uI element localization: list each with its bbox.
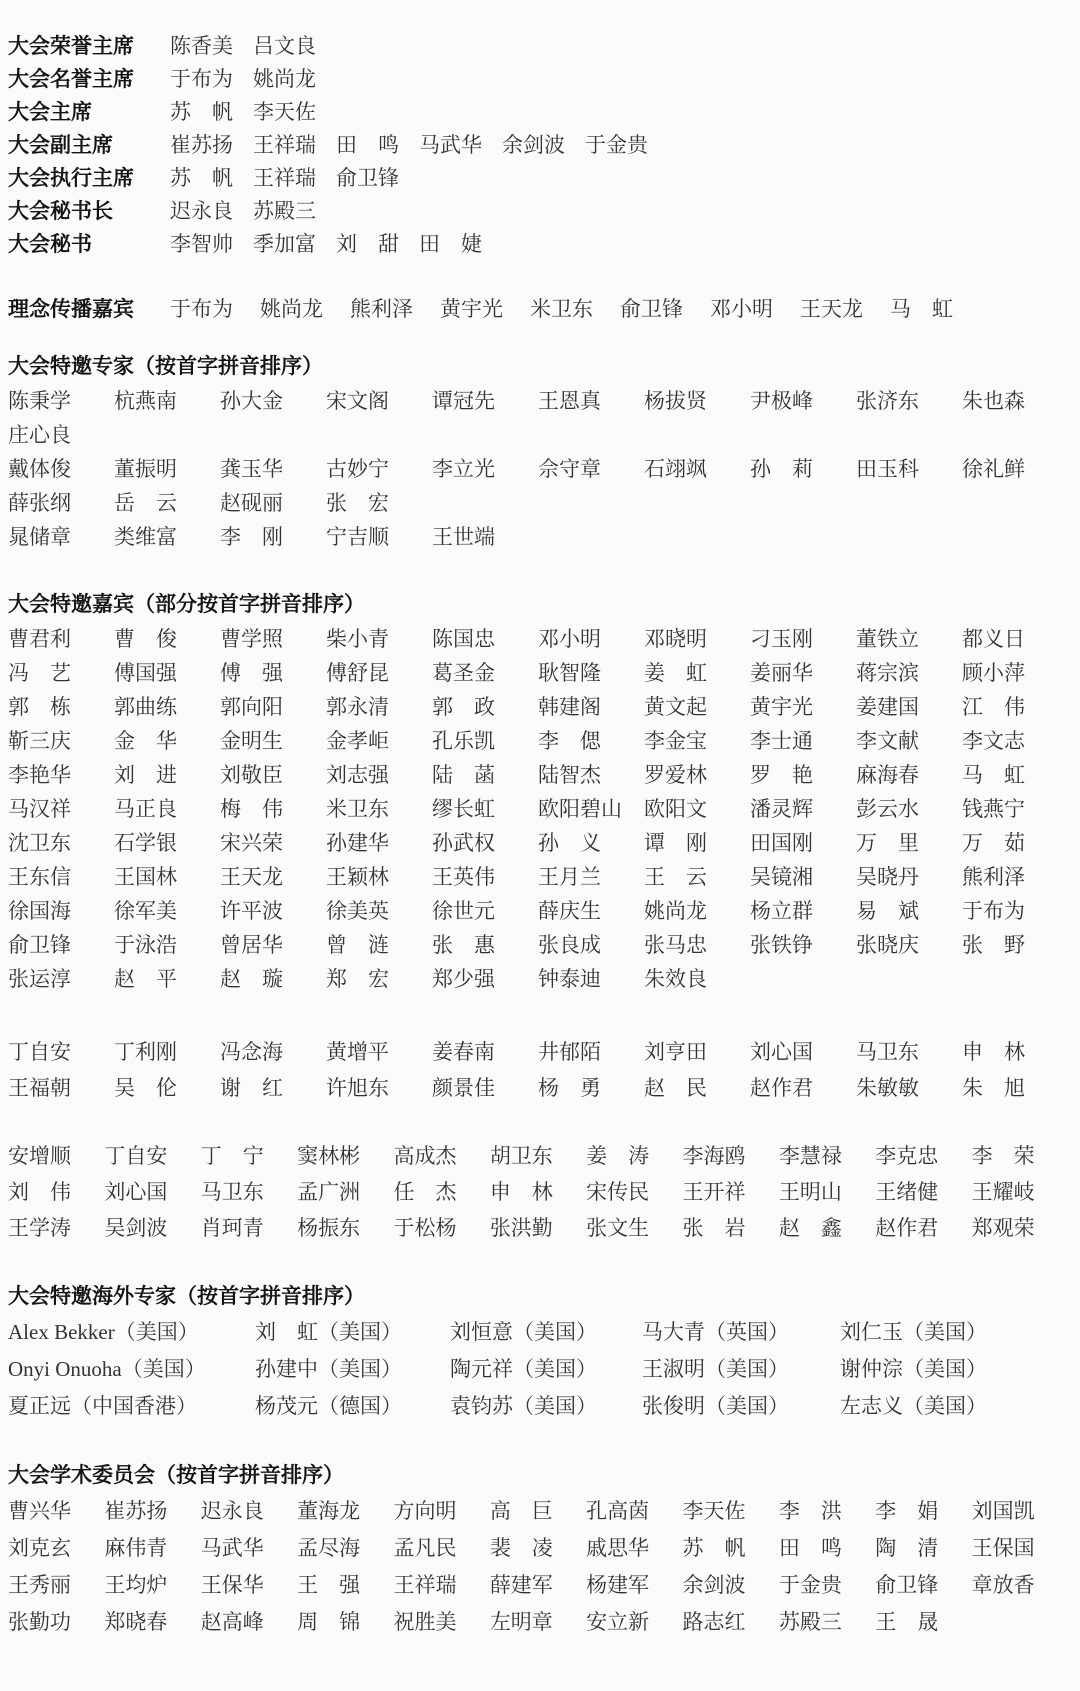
person-name: 龚玉华 bbox=[220, 452, 326, 486]
label-row: 大会荣誉主席陈香美吕文良 bbox=[8, 30, 1068, 63]
person-name: 王学涛 bbox=[8, 1210, 104, 1246]
person-name: 高成杰 bbox=[393, 1138, 489, 1174]
person-name: 左志义（美国） bbox=[840, 1388, 1068, 1425]
person-name: 孙 莉 bbox=[750, 452, 856, 486]
name-row: 张运淳赵 平赵 璇郑 宏郑少强钟泰迪朱效良 bbox=[8, 962, 1068, 996]
person-name: 佘守章 bbox=[538, 452, 644, 486]
person-name: Onyi Onuoha（美国） bbox=[8, 1351, 255, 1388]
person-name: 孙武权 bbox=[432, 826, 538, 860]
person-name: 姜 涛 bbox=[586, 1138, 682, 1174]
person-name: 马卫东 bbox=[201, 1174, 297, 1210]
person-name: 王保国 bbox=[972, 1530, 1068, 1567]
person-name: 孟凡民 bbox=[393, 1530, 489, 1567]
person-name: 万 里 bbox=[856, 826, 962, 860]
person-name: 王淑明（美国） bbox=[642, 1351, 840, 1388]
person-name: 张 岩 bbox=[683, 1210, 779, 1246]
person-name: 王祥瑞 bbox=[253, 162, 316, 195]
person-name: 刘 虹（美国） bbox=[255, 1314, 450, 1351]
person-name: 左明章 bbox=[490, 1604, 586, 1641]
person-name: 董海龙 bbox=[297, 1493, 393, 1530]
person-name: 吕文良 bbox=[253, 30, 316, 63]
label-row: 大会秘书长迟永良苏殿三 bbox=[8, 195, 1068, 228]
label-row: 理念传播嘉宾于布为姚尚龙熊利泽黄宇光米卫东俞卫锋邓小明王天龙马 虹 bbox=[8, 293, 1068, 326]
name-row: 王秀丽王均炉王保华王 强王祥瑞薛建军杨建军余剑波于金贵俞卫锋章放香 bbox=[8, 1567, 1068, 1604]
person-name: 曹君利 bbox=[8, 622, 114, 656]
person-name: 于金贵 bbox=[779, 1567, 875, 1604]
person-name: 宋兴荣 bbox=[220, 826, 326, 860]
person-name: 田 婕 bbox=[419, 228, 482, 261]
person-name: 任 杰 bbox=[393, 1174, 489, 1210]
person-name: 石学银 bbox=[114, 826, 220, 860]
person-name: 曹兴华 bbox=[8, 1493, 104, 1530]
person-name: 麻海春 bbox=[856, 758, 962, 792]
person-name: 许旭东 bbox=[326, 1070, 432, 1106]
person-name: 赵作君 bbox=[750, 1070, 856, 1106]
person-name: 李 偲 bbox=[538, 724, 644, 758]
person-name: 王绪健 bbox=[875, 1174, 971, 1210]
person-name: 张晓庆 bbox=[856, 928, 962, 962]
person-name: 姜丽华 bbox=[750, 656, 856, 690]
invited-guests-block-c: 安增顺丁自安丁 宁窦林彬高成杰胡卫东姜 涛李海鸥李慧禄李克忠李 荣刘 伟刘心国马… bbox=[8, 1138, 1068, 1246]
person-name: 赵作君 bbox=[875, 1210, 971, 1246]
person-name: 李慧禄 bbox=[779, 1138, 875, 1174]
person-name: 崔苏扬 bbox=[104, 1493, 200, 1530]
person-name: 赵砚丽 bbox=[220, 486, 326, 520]
person-name: 徐美英 bbox=[326, 894, 432, 928]
person-name: 丁自安 bbox=[8, 1034, 114, 1070]
person-name: 杭燕南 bbox=[114, 384, 220, 418]
invited-experts-grid: 陈秉学杭燕南孙大金宋文阁谭冠先王恩真杨拔贤尹极峰张济东朱也森庄心良戴体俊董振明龚… bbox=[8, 384, 1068, 554]
committee-document: 大会荣誉主席陈香美吕文良大会名誉主席于布为姚尚龙大会主席苏 帆李天佐大会副主席崔… bbox=[0, 0, 1080, 1641]
name-row: 陈秉学杭燕南孙大金宋文阁谭冠先王恩真杨拔贤尹极峰张济东朱也森 bbox=[8, 384, 1068, 418]
person-name: 李文志 bbox=[962, 724, 1068, 758]
person-name: 赵高峰 bbox=[201, 1604, 297, 1641]
person-name: 朱也森 bbox=[962, 384, 1068, 418]
person-name: 王国林 bbox=[114, 860, 220, 894]
person-name: 陶元祥（美国） bbox=[450, 1351, 642, 1388]
person-name: 裴 凌 bbox=[490, 1530, 586, 1567]
person-name: 姜春南 bbox=[432, 1034, 538, 1070]
row-names: 苏 帆李天佐 bbox=[170, 96, 316, 129]
person-name: 申 林 bbox=[962, 1034, 1068, 1070]
person-name: 王 晟 bbox=[875, 1604, 971, 1641]
person-name: 刘心国 bbox=[104, 1174, 200, 1210]
person-name: 薛张纲 bbox=[8, 486, 114, 520]
person-name: 李立光 bbox=[432, 452, 538, 486]
person-name: 罗 艳 bbox=[750, 758, 856, 792]
person-name: 周 锦 bbox=[297, 1604, 393, 1641]
person-name: 张马忠 bbox=[644, 928, 750, 962]
person-name: 邓晓明 bbox=[644, 622, 750, 656]
person-name: 苏 帆 bbox=[170, 96, 233, 129]
person-name: 王月兰 bbox=[538, 860, 644, 894]
overseas-experts-grid: Alex Bekker（美国）刘 虹（美国）刘恒意（美国）马大青（英国）刘仁玉（… bbox=[8, 1314, 1068, 1425]
person-name: 王保华 bbox=[201, 1567, 297, 1604]
person-name: 傅国强 bbox=[114, 656, 220, 690]
person-name: 类维富 bbox=[114, 520, 220, 554]
person-name: 张济东 bbox=[856, 384, 962, 418]
person-name: 袁钧苏（美国） bbox=[450, 1388, 642, 1425]
person-name: 姚尚龙 bbox=[253, 63, 316, 96]
person-name: 王恩真 bbox=[538, 384, 644, 418]
person-name: 肖珂青 bbox=[201, 1210, 297, 1246]
name-row: 刘 伟刘心国马卫东孟广洲任 杰申 林宋传民王开祥王明山王绪健王耀岐 bbox=[8, 1174, 1068, 1210]
person-name: 朱敏敏 bbox=[856, 1070, 962, 1106]
person-name: 金 华 bbox=[114, 724, 220, 758]
person-name: 李海鸥 bbox=[683, 1138, 779, 1174]
person-name: 李艳华 bbox=[8, 758, 114, 792]
name-row: 俞卫锋于泳浩曾居华曾 涟张 惠张良成张马忠张铁铮张晓庆张 野 bbox=[8, 928, 1068, 962]
person-name: 孟广洲 bbox=[297, 1174, 393, 1210]
person-name: 麻伟青 bbox=[104, 1530, 200, 1567]
person-name: 宋传民 bbox=[586, 1174, 682, 1210]
person-name: 苏殿三 bbox=[253, 195, 316, 228]
person-name: 谭冠先 bbox=[432, 384, 538, 418]
person-name: 钟泰迪 bbox=[538, 962, 644, 996]
person-name: 郭 栋 bbox=[8, 690, 114, 724]
person-name: 王明山 bbox=[779, 1174, 875, 1210]
person-name: 王颖林 bbox=[326, 860, 432, 894]
person-name: 郑少强 bbox=[432, 962, 538, 996]
person-name: 薛建军 bbox=[490, 1567, 586, 1604]
person-name: 安立新 bbox=[586, 1604, 682, 1641]
leadership-section: 大会荣誉主席陈香美吕文良大会名誉主席于布为姚尚龙大会主席苏 帆李天佐大会副主席崔… bbox=[8, 30, 1068, 261]
invited-guests-block-a: 曹君利曹 俊曹学照柴小青陈国忠邓小明邓晓明刁玉刚董铁立都义日冯 艺傅国强傅 强傅… bbox=[8, 622, 1068, 996]
name-row: 王学涛吴剑波肖珂青杨振东于松杨张洪勤张文生张 岩赵 鑫赵作君郑观荣 bbox=[8, 1210, 1068, 1246]
person-name: 窦林彬 bbox=[297, 1138, 393, 1174]
person-name: 田 鸣 bbox=[779, 1530, 875, 1567]
person-name: 刘国凯 bbox=[972, 1493, 1068, 1530]
person-name: 戴体俊 bbox=[8, 452, 114, 486]
name-row: 刘克玄麻伟青马武华孟尽海孟凡民裴 凌戚思华苏 帆田 鸣陶 清王保国 bbox=[8, 1530, 1068, 1567]
person-name: 张俊明（美国） bbox=[642, 1388, 840, 1425]
name-row: 郭 栋郭曲练郭向阳郭永清郭 政韩建阁黄文起黄宇光姜建国江 伟 bbox=[8, 690, 1068, 724]
person-name: 邓小明 bbox=[538, 622, 644, 656]
person-name: 李 洪 bbox=[779, 1493, 875, 1530]
person-name: 李天佐 bbox=[253, 96, 316, 129]
name-row: 曹君利曹 俊曹学照柴小青陈国忠邓小明邓晓明刁玉刚董铁立都义日 bbox=[8, 622, 1068, 656]
person-name: 丁利刚 bbox=[114, 1034, 220, 1070]
person-name: 庄心良 bbox=[8, 418, 114, 452]
person-name: 黄宇光 bbox=[750, 690, 856, 724]
person-name: 谭 刚 bbox=[644, 826, 750, 860]
name-row: 马汉祥马正良梅 伟米卫东缪长虹欧阳碧山欧阳文潘灵辉彭云水钱燕宁 bbox=[8, 792, 1068, 826]
person-name: 郭永清 bbox=[326, 690, 432, 724]
person-name: 俞卫锋 bbox=[620, 293, 683, 326]
person-name: 苏 帆 bbox=[170, 162, 233, 195]
person-name: 张铁铮 bbox=[750, 928, 856, 962]
person-name: 郑 宏 bbox=[326, 962, 432, 996]
person-name: 吴 伦 bbox=[114, 1070, 220, 1106]
person-name: 李 荣 bbox=[972, 1138, 1068, 1174]
person-name: 吴镜湘 bbox=[750, 860, 856, 894]
row-names: 于布为姚尚龙熊利泽黄宇光米卫东俞卫锋邓小明王天龙马 虹 bbox=[170, 293, 953, 326]
person-name: 迟永良 bbox=[201, 1493, 297, 1530]
person-name: 丁 宁 bbox=[201, 1138, 297, 1174]
person-name: 傅舒昆 bbox=[326, 656, 432, 690]
person-name: 陆智杰 bbox=[538, 758, 644, 792]
person-name: 李智帅 bbox=[170, 228, 233, 261]
person-name: 于松杨 bbox=[393, 1210, 489, 1246]
person-name: 张 惠 bbox=[432, 928, 538, 962]
person-name: 宁吉顺 bbox=[326, 520, 432, 554]
person-name: 陈国忠 bbox=[432, 622, 538, 656]
name-row: 靳三庆金 华金明生金孝岠孔乐凯李 偲李金宝李士通李文献李文志 bbox=[8, 724, 1068, 758]
person-name: 尹极峰 bbox=[750, 384, 856, 418]
person-name: 邓小明 bbox=[710, 293, 773, 326]
person-name: 余剑波 bbox=[683, 1567, 779, 1604]
person-name: 姜建国 bbox=[856, 690, 962, 724]
person-name: 朱 旭 bbox=[962, 1070, 1068, 1106]
person-name: 田国刚 bbox=[750, 826, 856, 860]
person-name: 曾 涟 bbox=[326, 928, 432, 962]
person-name: 黄文起 bbox=[644, 690, 750, 724]
person-name: 赵 平 bbox=[114, 962, 220, 996]
person-name: 马正良 bbox=[114, 792, 220, 826]
person-name: 刘心国 bbox=[750, 1034, 856, 1070]
person-name: 刘 进 bbox=[114, 758, 220, 792]
person-name: 马大青（英国） bbox=[642, 1314, 840, 1351]
row-names: 李智帅季加富刘 甜田 婕 bbox=[170, 228, 482, 261]
person-name: 于布为 bbox=[170, 293, 233, 326]
person-name: 余剑波 bbox=[502, 129, 565, 162]
person-name: 苏殿三 bbox=[779, 1604, 875, 1641]
person-name: 王福朝 bbox=[8, 1070, 114, 1106]
person-name: 赵 民 bbox=[644, 1070, 750, 1106]
person-name: 李金宝 bbox=[644, 724, 750, 758]
person-name: 刘敬臣 bbox=[220, 758, 326, 792]
person-name: 郑观荣 bbox=[972, 1210, 1068, 1246]
name-row: 王东信王国林王天龙王颖林王英伟王月兰王 云吴镜湘吴晓丹熊利泽 bbox=[8, 860, 1068, 894]
invited-guests-block-b: 丁自安丁利刚冯念海黄增平姜春南井郁陌刘亨田刘心国马卫东申 林王福朝吴 伦谢 红许… bbox=[8, 1034, 1068, 1106]
person-name: 靳三庆 bbox=[8, 724, 114, 758]
person-name: 缪长虹 bbox=[432, 792, 538, 826]
person-name: 郭 政 bbox=[432, 690, 538, 724]
person-name: 李士通 bbox=[750, 724, 856, 758]
person-name: 颜景佳 bbox=[432, 1070, 538, 1106]
person-name: 姚尚龙 bbox=[260, 293, 323, 326]
overseas-experts-section: 大会特邀海外专家（按首字拼音排序） Alex Bekker（美国）刘 虹（美国）… bbox=[8, 1280, 1068, 1425]
person-name: 章放香 bbox=[972, 1567, 1068, 1604]
person-name: 王天龙 bbox=[800, 293, 863, 326]
person-name: 苏 帆 bbox=[683, 1530, 779, 1567]
label-row: 大会名誉主席于布为姚尚龙 bbox=[8, 63, 1068, 96]
person-name: 张 宏 bbox=[326, 486, 432, 520]
person-name: 郭曲练 bbox=[114, 690, 220, 724]
person-name: 迟永良 bbox=[170, 195, 233, 228]
row-label: 大会荣誉主席 bbox=[8, 30, 170, 63]
row-label: 大会执行主席 bbox=[8, 162, 170, 195]
person-name: 姜 虹 bbox=[644, 656, 750, 690]
person-name: 都义日 bbox=[962, 622, 1068, 656]
person-name: 熊利泽 bbox=[350, 293, 413, 326]
person-name: 谢仲淙（美国） bbox=[840, 1351, 1068, 1388]
person-name: 易 斌 bbox=[856, 894, 962, 928]
person-name: 张文生 bbox=[586, 1210, 682, 1246]
name-row: 徐国海徐军美许平波徐美英徐世元薛庆生姚尚龙杨立群易 斌于布为 bbox=[8, 894, 1068, 928]
ambassadors-section: 理念传播嘉宾于布为姚尚龙熊利泽黄宇光米卫东俞卫锋邓小明王天龙马 虹 bbox=[8, 293, 1068, 326]
person-name: 王天龙 bbox=[220, 860, 326, 894]
person-name: 杨建军 bbox=[586, 1567, 682, 1604]
person-name: 刁玉刚 bbox=[750, 622, 856, 656]
person-name: Alex Bekker（美国） bbox=[8, 1314, 255, 1351]
person-name: 陈秉学 bbox=[8, 384, 114, 418]
name-row: 冯 艺傅国强傅 强傅舒昆葛圣金耿智隆姜 虹姜丽华蒋宗滨顾小萍 bbox=[8, 656, 1068, 690]
person-name: 曹学照 bbox=[220, 622, 326, 656]
person-name: 杨 勇 bbox=[538, 1070, 644, 1106]
row-names: 苏 帆王祥瑞俞卫锋 bbox=[170, 162, 399, 195]
row-label: 大会秘书 bbox=[8, 228, 170, 261]
person-name: 路志红 bbox=[683, 1604, 779, 1641]
person-name: 朱效良 bbox=[644, 962, 750, 996]
person-name: 徐军美 bbox=[114, 894, 220, 928]
person-name: 晁储章 bbox=[8, 520, 114, 554]
person-name: 刘 甜 bbox=[336, 228, 399, 261]
person-name: 俞卫锋 bbox=[8, 928, 114, 962]
person-name: 许平波 bbox=[220, 894, 326, 928]
person-name: 郑晓春 bbox=[104, 1604, 200, 1641]
person-name: 葛圣金 bbox=[432, 656, 538, 690]
person-name: 王 云 bbox=[644, 860, 750, 894]
person-name: 孙建华 bbox=[326, 826, 432, 860]
person-name: 马汉祥 bbox=[8, 792, 114, 826]
person-name: 夏正远（中国香港） bbox=[8, 1388, 255, 1425]
academic-committee-grid: 曹兴华崔苏扬迟永良董海龙方向明高 巨孔高茵李天佐李 洪李 娟刘国凯刘克玄麻伟青马… bbox=[8, 1493, 1068, 1641]
person-name: 俞卫锋 bbox=[875, 1567, 971, 1604]
person-name: 崔苏扬 bbox=[170, 129, 233, 162]
person-name: 马卫东 bbox=[856, 1034, 962, 1070]
person-name: 岳 云 bbox=[114, 486, 220, 520]
person-name: 吴晓丹 bbox=[856, 860, 962, 894]
person-name: 柴小青 bbox=[326, 622, 432, 656]
person-name: 王均炉 bbox=[104, 1567, 200, 1604]
name-row: 夏正远（中国香港）杨茂元（德国）袁钧苏（美国）张俊明（美国）左志义（美国） bbox=[8, 1388, 1068, 1425]
person-name: 井郁陌 bbox=[538, 1034, 644, 1070]
person-name: 季加富 bbox=[253, 228, 316, 261]
row-names: 迟永良苏殿三 bbox=[170, 195, 316, 228]
person-name: 陶 清 bbox=[875, 1530, 971, 1567]
person-name: 祝胜美 bbox=[393, 1604, 489, 1641]
name-row: 安增顺丁自安丁 宁窦林彬高成杰胡卫东姜 涛李海鸥李慧禄李克忠李 荣 bbox=[8, 1138, 1068, 1174]
person-name: 王祥瑞 bbox=[393, 1567, 489, 1604]
person-name: 吴剑波 bbox=[104, 1210, 200, 1246]
person-name: 蒋宗滨 bbox=[856, 656, 962, 690]
name-row: 曹兴华崔苏扬迟永良董海龙方向明高 巨孔高茵李天佐李 洪李 娟刘国凯 bbox=[8, 1493, 1068, 1530]
person-name: 傅 强 bbox=[220, 656, 326, 690]
person-name: 戚思华 bbox=[586, 1530, 682, 1567]
invited-experts-heading: 大会特邀专家（按首字拼音排序） bbox=[8, 350, 1068, 384]
name-row: 薛张纲岳 云赵砚丽张 宏 bbox=[8, 486, 1068, 520]
person-name: 刘恒意（美国） bbox=[450, 1314, 642, 1351]
person-name: 安增顺 bbox=[8, 1138, 104, 1174]
person-name: 刘志强 bbox=[326, 758, 432, 792]
person-name: 冯 艺 bbox=[8, 656, 114, 690]
person-name: 石翊飒 bbox=[644, 452, 750, 486]
person-name: 罗爱林 bbox=[644, 758, 750, 792]
person-name: 王开祥 bbox=[683, 1174, 779, 1210]
row-label: 大会副主席 bbox=[8, 129, 170, 162]
name-row: 戴体俊董振明龚玉华古妙宁李立光佘守章石翊飒孙 莉田玉科徐礼鲜 bbox=[8, 452, 1068, 486]
person-name: 于金贵 bbox=[585, 129, 648, 162]
person-name: 黄宇光 bbox=[440, 293, 503, 326]
person-name: 欧阳碧山 bbox=[538, 792, 644, 826]
person-name: 王东信 bbox=[8, 860, 114, 894]
person-name: 姚尚龙 bbox=[644, 894, 750, 928]
name-row: 庄心良 bbox=[8, 418, 1068, 452]
person-name: 田玉科 bbox=[856, 452, 962, 486]
person-name: 于布为 bbox=[170, 63, 233, 96]
person-name: 张洪勤 bbox=[490, 1210, 586, 1246]
person-name: 米卫东 bbox=[530, 293, 593, 326]
academic-committee-section: 大会学术委员会（按首字拼音排序） 曹兴华崔苏扬迟永良董海龙方向明高 巨孔高茵李天… bbox=[8, 1459, 1068, 1641]
person-name: 杨立群 bbox=[750, 894, 856, 928]
person-name: 王秀丽 bbox=[8, 1567, 104, 1604]
person-name: 万 茹 bbox=[962, 826, 1068, 860]
person-name: 王耀岐 bbox=[972, 1174, 1068, 1210]
person-name: 陈香美 bbox=[170, 30, 233, 63]
label-row: 大会执行主席苏 帆王祥瑞俞卫锋 bbox=[8, 162, 1068, 195]
row-label: 大会名誉主席 bbox=[8, 63, 170, 96]
person-name: 杨振东 bbox=[297, 1210, 393, 1246]
person-name: 孙大金 bbox=[220, 384, 326, 418]
person-name: 熊利泽 bbox=[962, 860, 1068, 894]
invited-guests-section: 大会特邀嘉宾（部分按首字拼音排序） 曹君利曹 俊曹学照柴小青陈国忠邓小明邓晓明刁… bbox=[8, 588, 1068, 1246]
person-name: 徐世元 bbox=[432, 894, 538, 928]
person-name: 董振明 bbox=[114, 452, 220, 486]
person-name: 宋文阁 bbox=[326, 384, 432, 418]
person-name: 马 虹 bbox=[962, 758, 1068, 792]
name-row: 张勤功郑晓春赵高峰周 锦祝胜美左明章安立新路志红苏殿三王 晟 bbox=[8, 1604, 1068, 1641]
overseas-experts-heading: 大会特邀海外专家（按首字拼音排序） bbox=[8, 1280, 1068, 1314]
person-name: 陆 菡 bbox=[432, 758, 538, 792]
name-row: 沈卫东石学银宋兴荣孙建华孙武权孙 义谭 刚田国刚万 里万 茹 bbox=[8, 826, 1068, 860]
row-names: 陈香美吕文良 bbox=[170, 30, 316, 63]
person-name: 黄增平 bbox=[326, 1034, 432, 1070]
invited-guests-heading: 大会特邀嘉宾（部分按首字拼音排序） bbox=[8, 588, 1068, 622]
ambassadors-rows: 理念传播嘉宾于布为姚尚龙熊利泽黄宇光米卫东俞卫锋邓小明王天龙马 虹 bbox=[8, 293, 1068, 326]
person-name: 李 刚 bbox=[220, 520, 326, 554]
person-name: 刘克玄 bbox=[8, 1530, 104, 1567]
person-name: 马武华 bbox=[419, 129, 482, 162]
person-name: 钱燕宁 bbox=[962, 792, 1068, 826]
person-name: 张勤功 bbox=[8, 1604, 104, 1641]
person-name: 顾小萍 bbox=[962, 656, 1068, 690]
person-name: 曹 俊 bbox=[114, 622, 220, 656]
person-name: 于布为 bbox=[962, 894, 1068, 928]
row-label: 理念传播嘉宾 bbox=[8, 293, 170, 326]
person-name: 韩建阁 bbox=[538, 690, 644, 724]
invited-experts-section: 大会特邀专家（按首字拼音排序） 陈秉学杭燕南孙大金宋文阁谭冠先王恩真杨拔贤尹极峰… bbox=[8, 350, 1068, 554]
person-name: 徐国海 bbox=[8, 894, 114, 928]
person-name: 薛庆生 bbox=[538, 894, 644, 928]
person-name: 李天佐 bbox=[683, 1493, 779, 1530]
person-name: 刘 伟 bbox=[8, 1174, 104, 1210]
leadership-rows: 大会荣誉主席陈香美吕文良大会名誉主席于布为姚尚龙大会主席苏 帆李天佐大会副主席崔… bbox=[8, 30, 1068, 261]
person-name: 彭云水 bbox=[856, 792, 962, 826]
person-name: 冯念海 bbox=[220, 1034, 326, 1070]
person-name: 马武华 bbox=[201, 1530, 297, 1567]
person-name: 李 娟 bbox=[875, 1493, 971, 1530]
person-name: 孟尽海 bbox=[297, 1530, 393, 1567]
person-name: 李文献 bbox=[856, 724, 962, 758]
person-name: 方向明 bbox=[393, 1493, 489, 1530]
person-name: 孔高茵 bbox=[586, 1493, 682, 1530]
person-name: 俞卫锋 bbox=[336, 162, 399, 195]
person-name: 马 虹 bbox=[890, 293, 953, 326]
person-name: 刘亨田 bbox=[644, 1034, 750, 1070]
person-name: 张良成 bbox=[538, 928, 644, 962]
person-name: 张运淳 bbox=[8, 962, 114, 996]
